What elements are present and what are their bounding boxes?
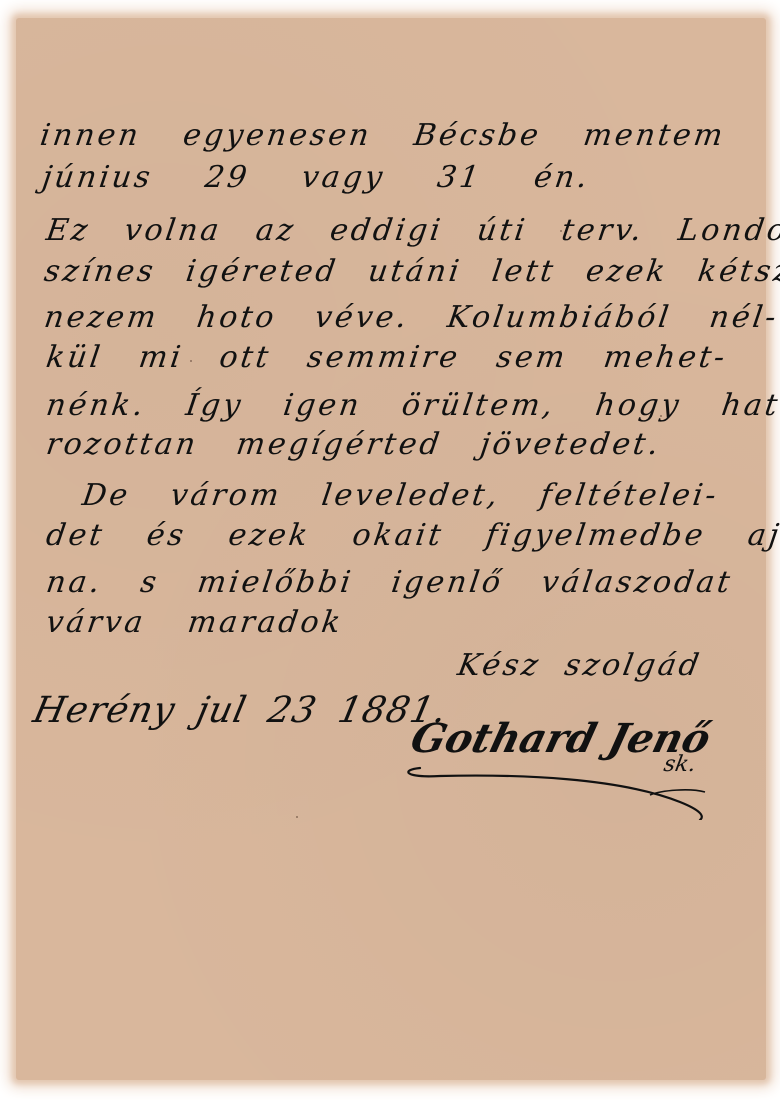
letter-place-date: Herény jul 23 1881. (30, 690, 452, 731)
letter-line-4: színes igéreted utáni lett ezek kétszer- (42, 254, 780, 289)
letter-line-8: rozottan megígérted jövetedet. (44, 427, 663, 462)
letter-line-12: várva maradok (44, 605, 345, 640)
letter-line-6: kül mi ott semmire sem mehet- (44, 340, 730, 375)
letter-line-1: innen egyenesen Bécsbe mentem (38, 118, 728, 153)
signature-flourish-icon (400, 740, 720, 820)
letter-line-11: na. s mielőbbi igenlő válaszodat (44, 565, 735, 600)
paper-speck (660, 415, 662, 417)
letter-line-10: det és ezek okait figyelmedbe ajáj- (44, 518, 780, 553)
letter-line-7: nénk. Így igen örültem, hogy hatá- (44, 388, 780, 423)
paper-speck (190, 360, 192, 362)
letter-closing: Kész szolgád (455, 648, 704, 683)
letter-line-3: Ez volna az eddigi úti terv. London (44, 213, 780, 248)
letter-line-2: június 29 vagy 31 én. (40, 160, 592, 195)
paper-speck (296, 816, 298, 818)
letter-line-5: nezem hoto véve. Kolumbiából nél- (42, 300, 780, 335)
paper-speck (560, 230, 562, 232)
letter-line-9: De várom leveledet, feltételei- (80, 478, 721, 513)
